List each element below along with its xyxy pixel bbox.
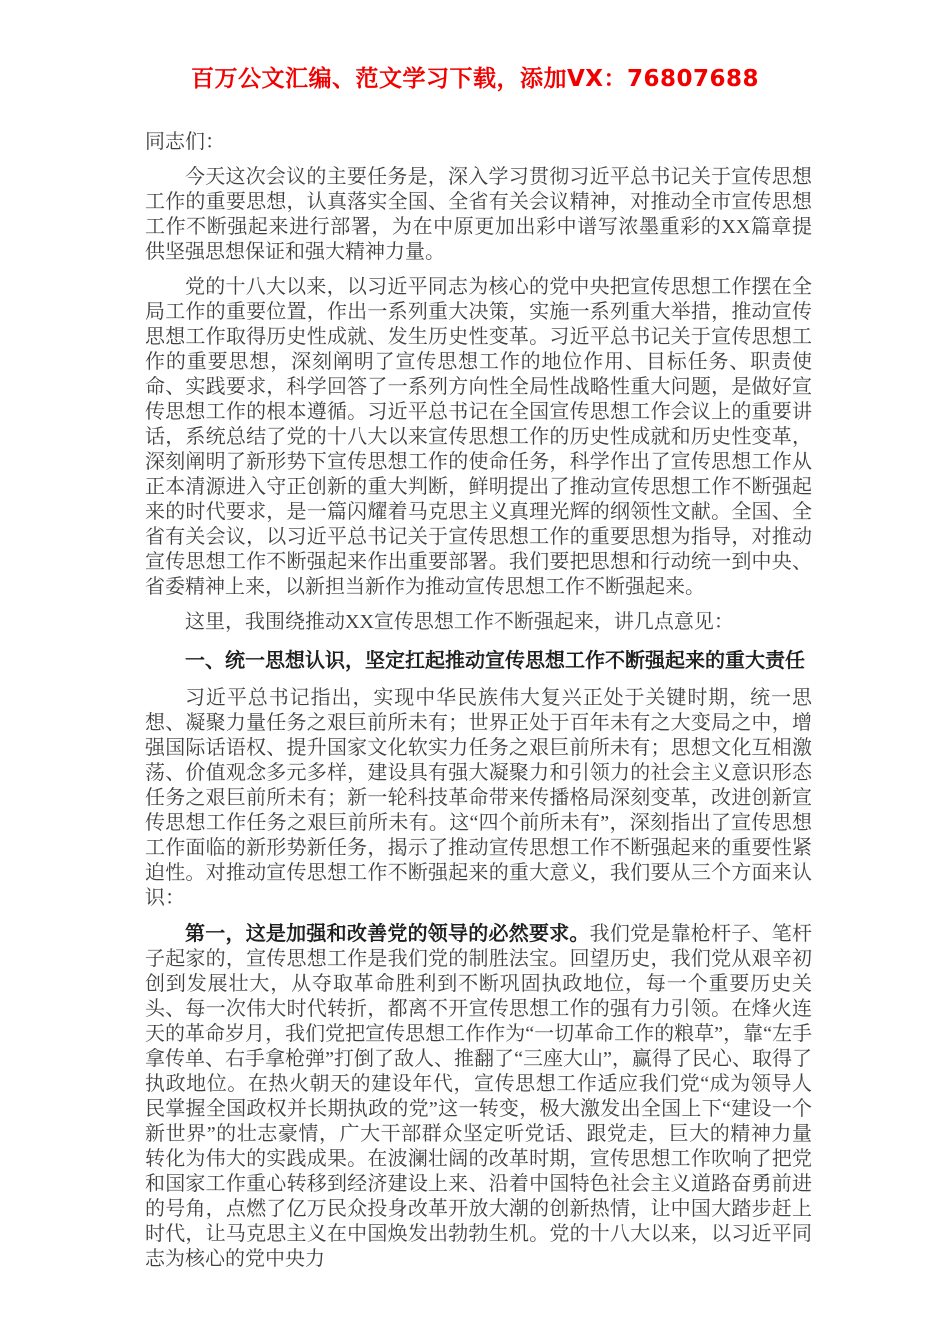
paragraph-four-unprecedented: 习近平总书记指出，实现中华民族伟大复兴正处于关键时期，统一思想、凝聚力量任务之艰… bbox=[145, 686, 812, 911]
section-heading-1: 一、统一思想认识，坚定扛起推动宣传思想工作不断强起来的重大责任 bbox=[145, 648, 812, 673]
document-body: 同志们： 今天这次会议的主要任务是，深入学习贯彻习近平总书记关于宣传思想工作的重… bbox=[145, 130, 812, 1272]
document-page: 百万公文汇编、范文学习下载，添加VX：76807688 同志们： 今天这次会议的… bbox=[0, 0, 950, 1344]
paragraph-first-point-text: 我们党是靠枪杆子、笔杆子起家的，宣传思想工作是我们党的制胜法宝。回望历史，我们党… bbox=[145, 923, 812, 1270]
paragraph-first-point-lead: 第一，这是加强和改善党的领导的必然要求。 bbox=[185, 921, 590, 945]
salutation: 同志们： bbox=[145, 130, 812, 155]
paragraph-background: 党的十八大以来，以习近平同志为核心的党中央把宣传思想工作摆在全局工作的重要位置，… bbox=[145, 275, 812, 600]
banner-notice: 百万公文汇编、范文学习下载，添加VX：76807688 bbox=[0, 64, 950, 94]
paragraph-intro: 今天这次会议的主要任务是，深入学习贯彻习近平总书记关于宣传思想工作的重要思想，认… bbox=[145, 165, 812, 265]
paragraph-first-point: 第一，这是加强和改善党的领导的必然要求。我们党是靠枪杆子、笔杆子起家的，宣传思想… bbox=[145, 921, 812, 1272]
paragraph-transition: 这里，我围绕推动XX宣传思想工作不断强起来，讲几点意见： bbox=[145, 610, 812, 635]
